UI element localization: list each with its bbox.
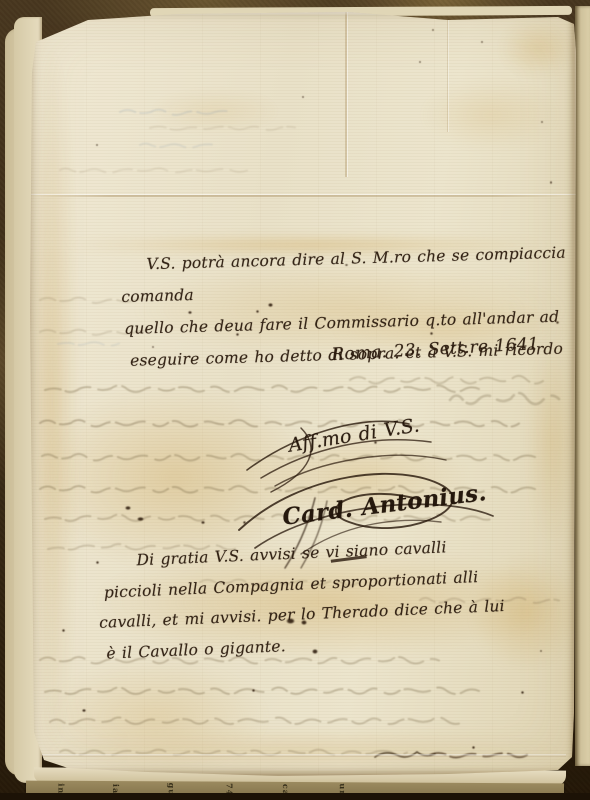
bleedthrough-line [45, 385, 479, 392]
foxing-spot [472, 746, 475, 749]
bleedthrough-line [350, 376, 543, 384]
manuscript-page: V.S. potrà ancora dire al S. M.ro che se… [28, 12, 576, 776]
photographed-manuscript-book: in ia gu 74 ca un V.S. potrà ancora dire… [0, 0, 590, 800]
foxing-spot [96, 144, 98, 146]
bleedthrough-line [120, 110, 231, 115]
postscript: Di gratia V.S. avvisi se vi siano cavall… [96, 528, 557, 669]
foxing-spot [550, 181, 552, 184]
foxing-spot [137, 517, 144, 521]
bleedthrough-line [60, 168, 247, 172]
bleedthrough-line [60, 750, 407, 755]
bleedthrough-line [450, 393, 559, 404]
foxing-spot [541, 121, 543, 123]
bleedthrough-line [430, 753, 527, 757]
foxing-spot [201, 521, 205, 524]
bleedthrough-line [45, 687, 479, 694]
foxing-spot [481, 41, 483, 43]
foxing-spot [82, 709, 86, 712]
adjacent-page-edge [575, 6, 590, 766]
binding-shadow [0, 793, 590, 800]
foxing-spot [521, 691, 524, 694]
foxing-spot [62, 629, 65, 632]
foxing-spot [125, 506, 131, 510]
foxing-spot [419, 61, 421, 63]
bleedthrough-line [58, 342, 119, 346]
bleedthrough-line [150, 127, 295, 131]
foxing-spot [432, 29, 434, 31]
foxing-spot [302, 96, 304, 98]
bleedthrough-line [50, 717, 463, 724]
bleedthrough-line [140, 144, 215, 148]
foxing-spot [252, 689, 255, 692]
